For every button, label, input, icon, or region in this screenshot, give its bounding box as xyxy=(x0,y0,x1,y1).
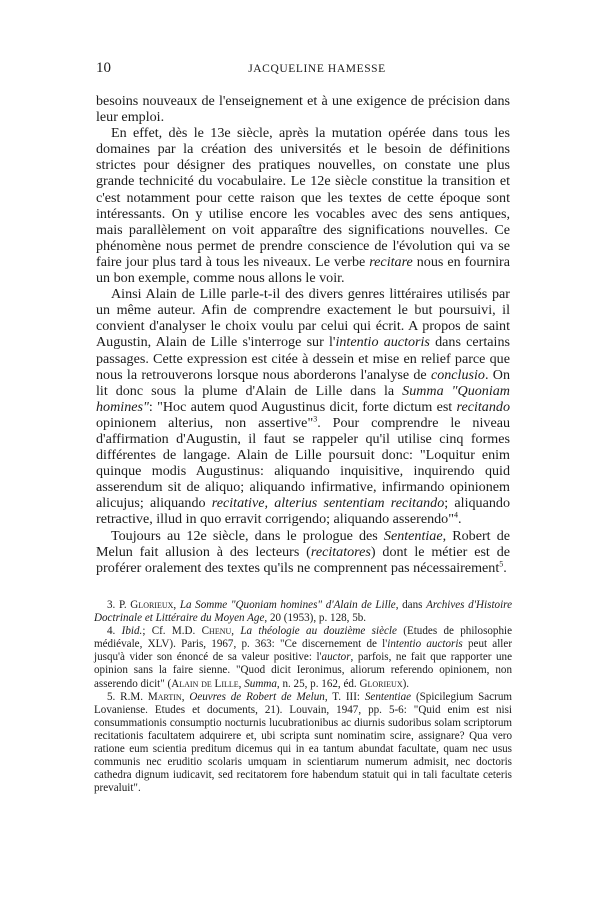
footnotes: 3. P. Glorieux, La Somme "Quoniam homine… xyxy=(94,599,512,795)
footnote: 3. P. Glorieux, La Somme "Quoniam homine… xyxy=(94,599,512,625)
italic-text: Sententiae xyxy=(365,691,411,703)
italic-text: conclusio xyxy=(431,367,485,383)
italic-text: recitatores xyxy=(311,544,371,560)
footnote: 4. Ibid.; Cf. M.D. Chenu, La théologie a… xyxy=(94,625,512,690)
author-name: Alain de Lille xyxy=(171,678,238,690)
body-text: besoins nouveaux de l'enseignement et à … xyxy=(96,93,510,576)
paragraph: besoins nouveaux de l'enseignement et à … xyxy=(96,93,510,125)
footnote-ref[interactable]: 5 xyxy=(499,559,503,568)
footnote-ref[interactable]: 4 xyxy=(454,511,458,520)
italic-text: Sententiae xyxy=(384,528,443,544)
paragraph: Toujours au 12e siècle, dans le prologue… xyxy=(96,528,510,576)
author-name: Martin xyxy=(148,691,182,703)
italic-text: Ibid. xyxy=(122,625,143,637)
italic-text: Summa "Quoniam homines" xyxy=(96,383,510,415)
author-name: Glorieux xyxy=(359,678,402,690)
footnote-ref[interactable]: 3 xyxy=(313,414,317,423)
italic-text: La Somme "Quoniam homines" d'Alain de Li… xyxy=(180,599,396,611)
italic-text: intentio auctoris xyxy=(335,334,429,350)
italic-text: recitando xyxy=(457,399,511,415)
author-name: Chenu xyxy=(202,625,232,637)
italic-text: recitare xyxy=(369,254,413,270)
italic-text: auctor xyxy=(322,651,351,663)
paragraph: En effet, dès le 13e siècle, après la mu… xyxy=(96,125,510,286)
paragraph: Ainsi Alain de Lille parle-t-il des dive… xyxy=(96,286,510,527)
italic-text: Oeuvres de Robert de Melun xyxy=(189,691,324,703)
author-name: Glorieux xyxy=(130,599,173,611)
running-head: JACQUELINE HAMESSE xyxy=(0,63,604,75)
italic-text: Summa xyxy=(244,678,277,690)
italic-text: recitative, alterius sententiam recitand… xyxy=(212,495,445,511)
italic-text: intentio auctoris xyxy=(387,638,463,650)
italic-text: La théologie au douzième siècle xyxy=(240,625,397,637)
footnote: 5. R.M. Martin, Oeuvres de Robert de Mel… xyxy=(94,691,512,796)
